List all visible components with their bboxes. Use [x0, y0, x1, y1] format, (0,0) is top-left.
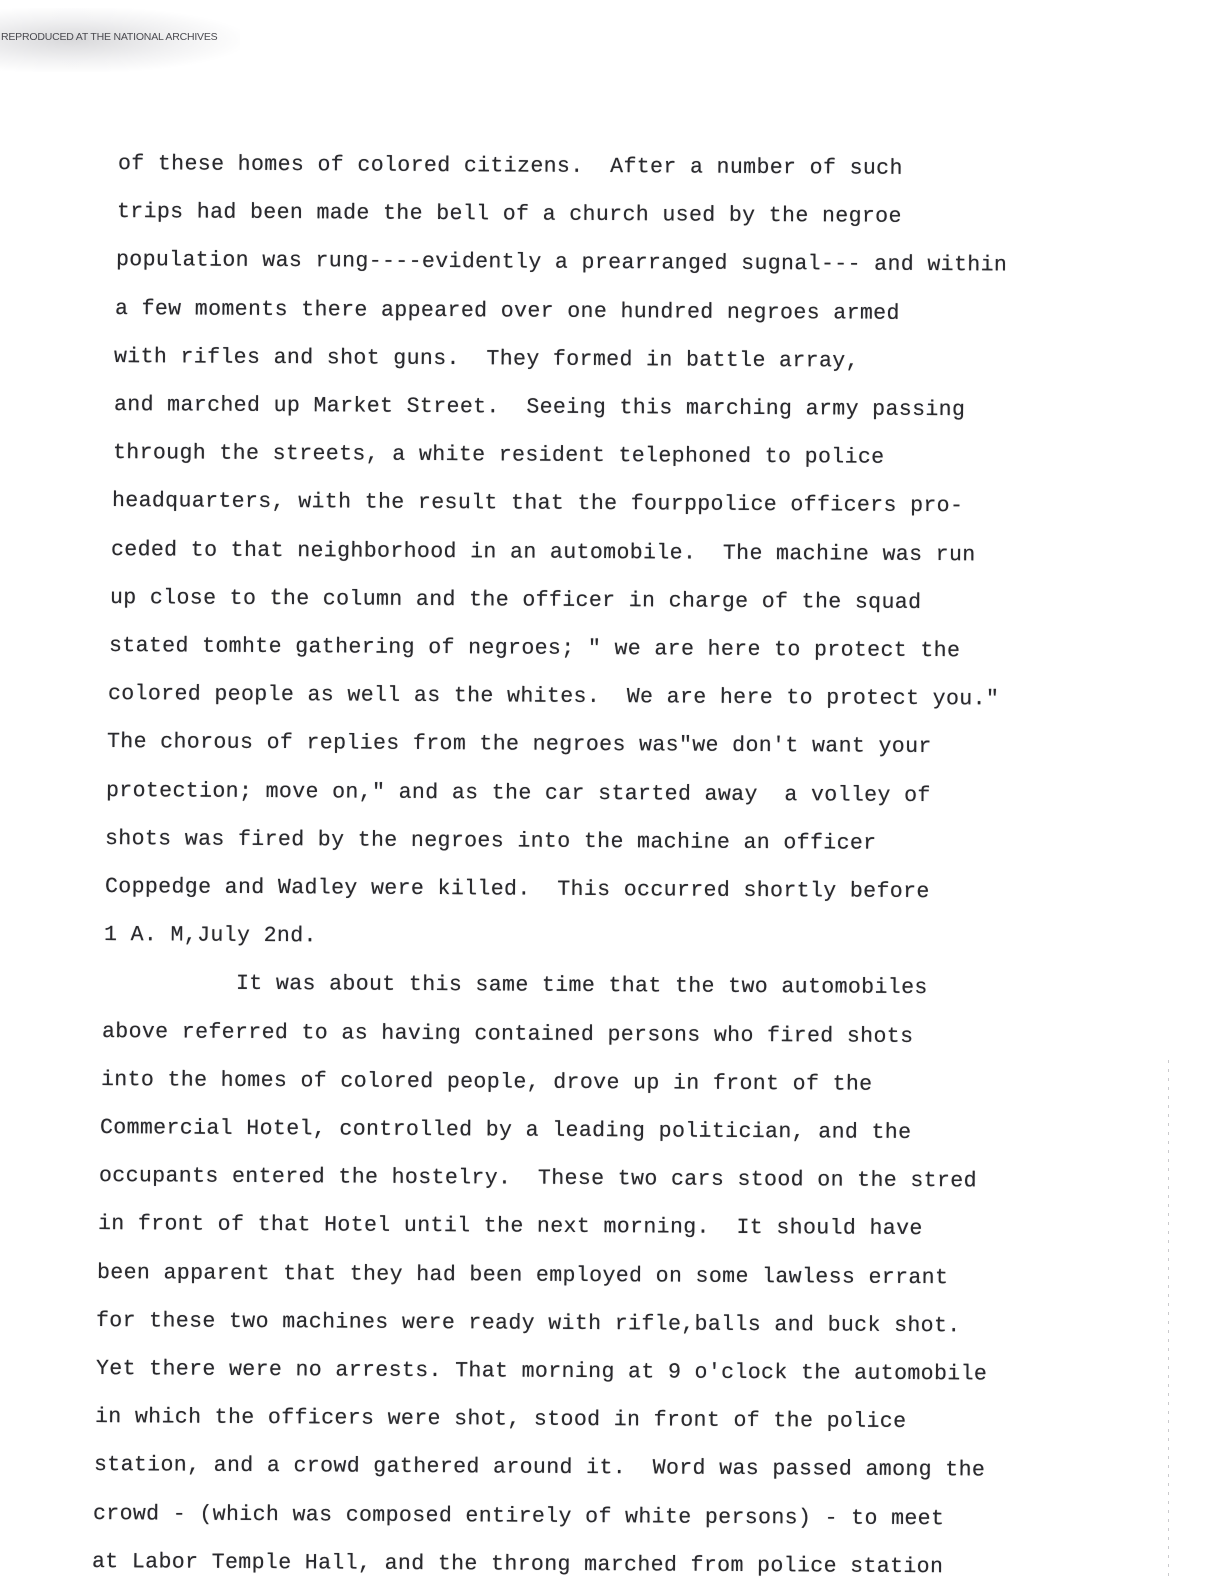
document-line: crowd - (which was composed entirely of …: [93, 1502, 944, 1531]
document-line: Commercial Hotel, controlled by a leadin…: [100, 1116, 912, 1145]
document-line: up close to the column and the officer i…: [110, 586, 922, 615]
document-line: Coppedge and Wadley were killed. This oc…: [104, 875, 929, 904]
document-line: colored people as well as the whites. We…: [108, 682, 999, 711]
document-page: of these homes of colored citizens. Afte…: [0, 0, 1224, 1584]
document-line: with rifles and shot guns. They formed i…: [114, 345, 859, 374]
document-line: The chorous of replies from the negroes …: [107, 730, 932, 759]
document-line: a few moments there appeared over one hu…: [115, 297, 900, 326]
document-line: shots was fired by the negroes into the …: [105, 827, 877, 856]
document-line: It was about this same time that the two…: [103, 971, 928, 1000]
document-line: been apparent that they had been employe…: [97, 1261, 948, 1290]
document-line: station, and a crowd gathered around it.…: [94, 1453, 985, 1482]
document-line: 1 A. M,July 2nd.: [104, 923, 317, 948]
document-line: in which the officers were shot, stood i…: [95, 1405, 907, 1434]
document-line: Yet there were no arrests. That morning …: [96, 1357, 987, 1386]
document-line: occupants entered the hostelry. These tw…: [99, 1164, 977, 1193]
document-line: and marched up Market Street. Seeing thi…: [113, 393, 964, 422]
document-line: for these two machines were ready with r…: [96, 1309, 961, 1338]
document-line: of these homes of colored citizens. Afte…: [118, 152, 903, 181]
document-line: stated tomhte gathering of negroes; " we…: [109, 634, 960, 663]
document-line: headquarters, with the result that the f…: [112, 489, 963, 518]
scan-edge-mark: [1168, 1060, 1169, 1580]
document-line: protection; move on," and as the car sta…: [106, 779, 931, 808]
document-line: above referred to as having contained pe…: [102, 1020, 914, 1049]
document-line: in front of that Hotel until the next mo…: [98, 1212, 923, 1241]
document-line: at Labor Temple Hall, and the throng mar…: [92, 1550, 943, 1579]
document-line: trips had been made the bell of a church…: [117, 200, 902, 229]
document-line: through the streets, a white resident te…: [113, 441, 885, 470]
document-line: ceded to that neighborhood in an automob…: [111, 538, 976, 567]
document-line: into the homes of colored people, drove …: [101, 1068, 873, 1097]
document-line: population was rung----evidently a prear…: [116, 248, 1007, 277]
